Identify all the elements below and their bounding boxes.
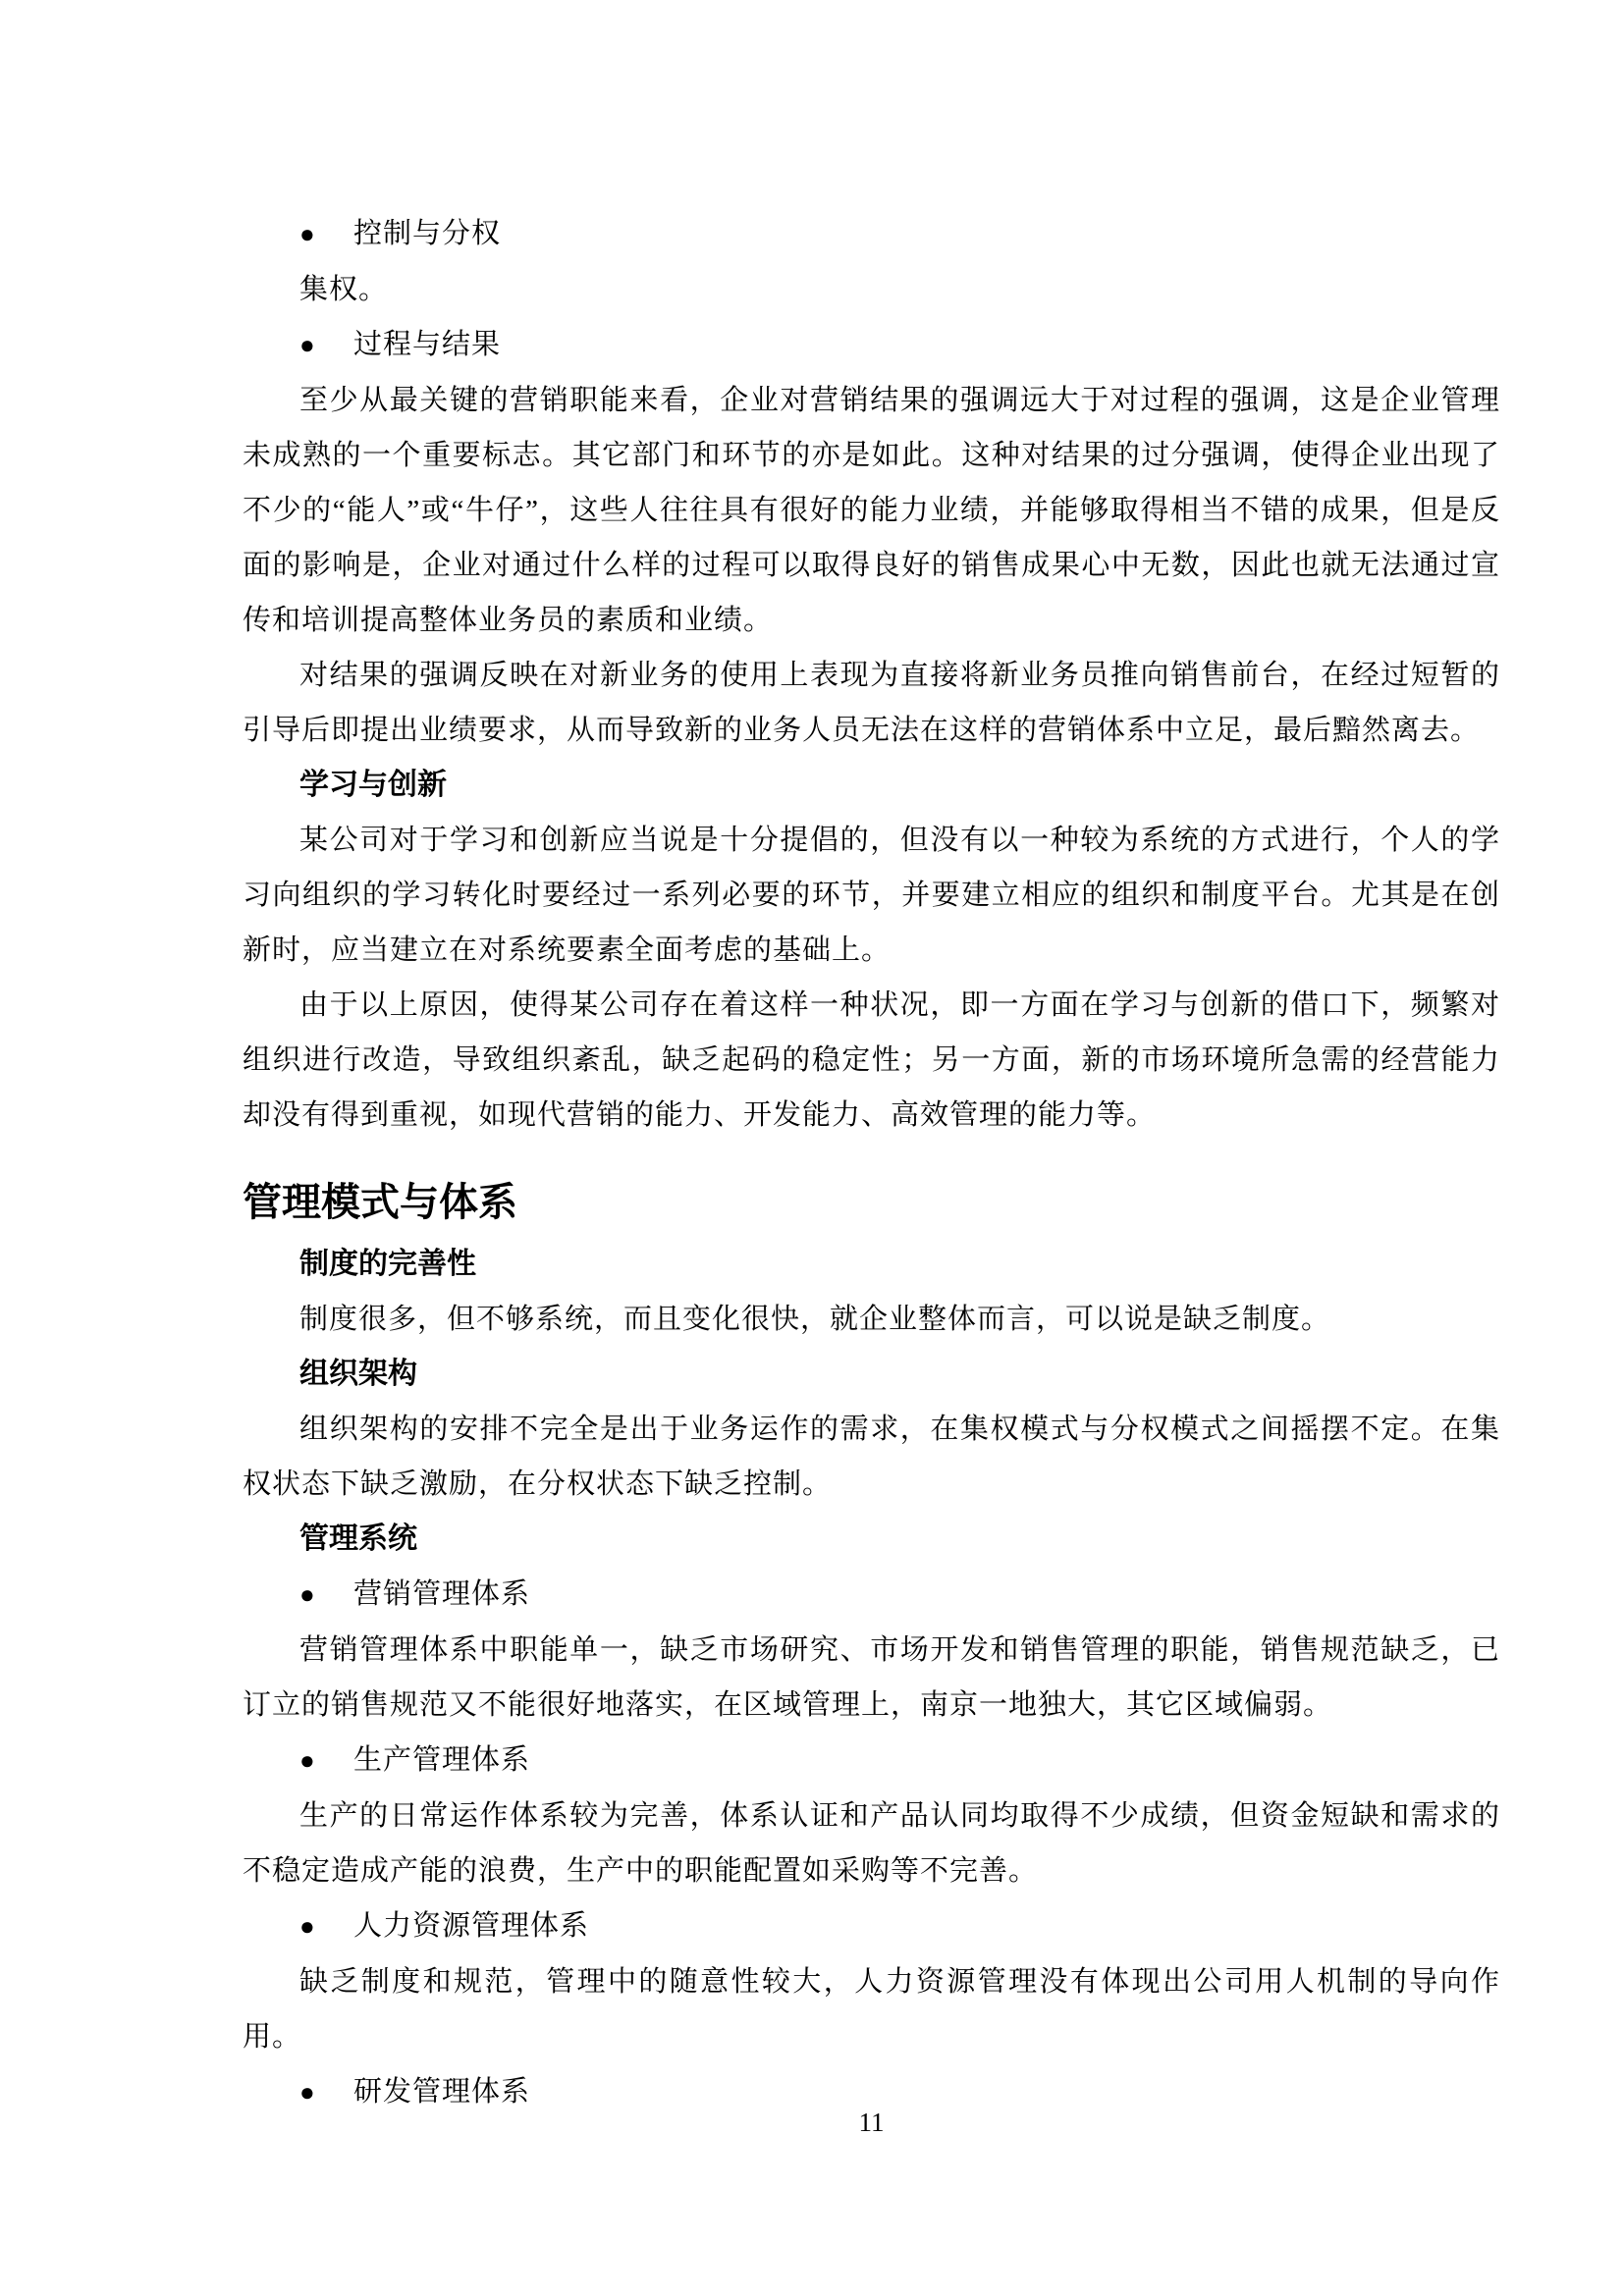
subsection-heading: 学习与创新 <box>299 758 1500 813</box>
bullet-item-label: 过程与结果 <box>353 329 501 360</box>
bullet-icon: ● <box>299 1734 353 1789</box>
body-paragraph: 制度很多，但不够系统，而且变化很快，就企业整体而言，可以说是缺乏制度。 <box>243 1292 1500 1347</box>
body-paragraph: 营销管理体系中职能单一，缺乏市场研究、市场开发和销售管理的职能，销售规范缺乏，已… <box>243 1623 1500 1733</box>
document-body: ●控制与分权 集权。 ●过程与结果 至少从最关键的营销职能来看，企业对营销结果的… <box>243 206 1500 2120</box>
body-paragraph: 组织架构的安排不完全是出于业务运作的需求，在集权模式与分权模式之间摇摆不定。在集… <box>243 1402 1500 1512</box>
bullet-item-label: 研发管理体系 <box>353 2076 530 2108</box>
bullet-item: ●人力资源管理体系 <box>243 1898 1500 1954</box>
body-paragraph: 集权。 <box>243 262 1500 317</box>
bullet-icon: ● <box>299 207 353 262</box>
bullet-icon: ● <box>299 1568 353 1623</box>
body-paragraph: 至少从最关键的营销职能来看，企业对营销结果的强调远大于对过程的强调，这是企业管理… <box>243 373 1500 648</box>
bullet-item: ●营销管理体系 <box>243 1567 1500 1623</box>
subsection-heading: 管理系统 <box>299 1512 1500 1567</box>
page-number: 11 <box>243 2107 1500 2138</box>
bullet-item: ●过程与结果 <box>243 317 1500 373</box>
bullet-icon: ● <box>299 318 353 373</box>
document-page: ●控制与分权 集权。 ●过程与结果 至少从最关键的营销职能来看，企业对营销结果的… <box>0 0 1623 2296</box>
subsection-heading: 制度的完善性 <box>299 1237 1500 1292</box>
bullet-item-label: 生产管理体系 <box>353 1744 530 1776</box>
bullet-item-label: 控制与分权 <box>353 218 501 249</box>
body-paragraph: 由于以上原因，使得某公司存在着这样一种状况，即一方面在学习与创新的借口下，频繁对… <box>243 978 1500 1143</box>
subsection-heading: 组织架构 <box>299 1347 1500 1402</box>
body-paragraph: 对结果的强调反映在对新业务的使用上表现为直接将新业务员推向销售前台，在经过短暂的… <box>243 648 1500 758</box>
body-paragraph: 缺乏制度和规范，管理中的随意性较大，人力资源管理没有体现出公司用人机制的导向作用… <box>243 1954 1500 2064</box>
bullet-item-label: 人力资源管理体系 <box>353 1910 589 1942</box>
bullet-item: ●控制与分权 <box>243 206 1500 262</box>
body-paragraph: 某公司对于学习和创新应当说是十分提倡的，但没有以一种较为系统的方式进行，个人的学… <box>243 813 1500 978</box>
bullet-item: ●生产管理体系 <box>243 1733 1500 1789</box>
bullet-item-label: 营销管理体系 <box>353 1578 530 1610</box>
bullet-icon: ● <box>299 1899 353 1954</box>
section-heading: 管理模式与体系 <box>243 1168 1500 1237</box>
body-paragraph: 生产的日常运作体系较为完善，体系认证和产品认同均取得不少成绩，但资金短缺和需求的… <box>243 1789 1500 1898</box>
